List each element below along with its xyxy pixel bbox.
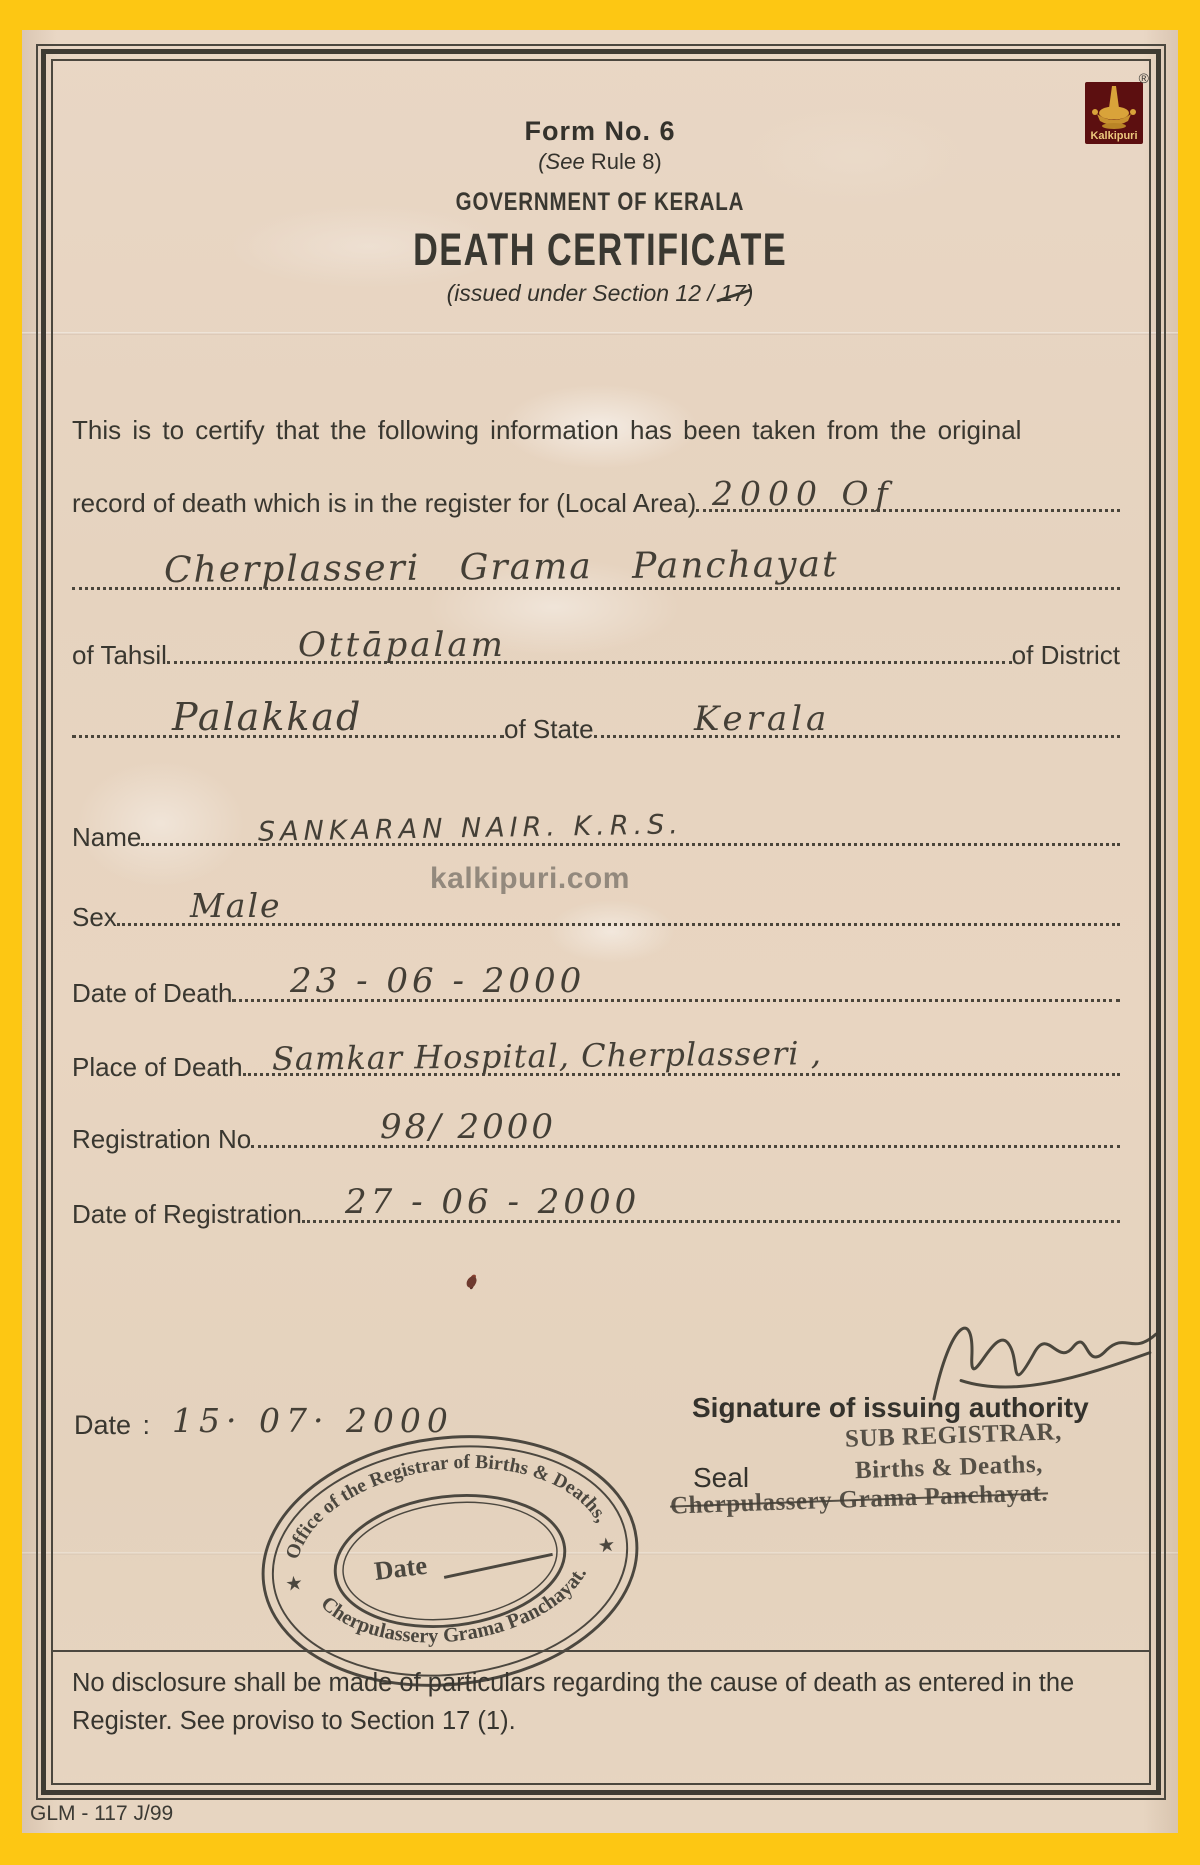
date-of-registration-handwritten: 27 - 06 - 2000 (345, 1185, 640, 1219)
date-of-registration-row: Date of Registration 27 - 06 - 2000 (72, 1181, 1120, 1227)
district-state-row: of State Palakkad Kerala (72, 696, 1120, 742)
registration-no-row: Registration No 98/ 2000 (72, 1106, 1120, 1152)
local-area-handwritten: Cherplasseri Grama Panchayat (164, 547, 839, 589)
registered-trademark-symbol: ® (1139, 70, 1149, 86)
scanned-death-certificate: Kalkipuri ® Form No. 6 (See Rule 8) GOVE… (0, 0, 1200, 1865)
place-of-death-label: Place of Death (72, 1054, 243, 1080)
tahsil-row: of Tahsil of District Ottāpalam (72, 622, 1120, 668)
date-of-death-handwritten: 23 - 06 - 2000 (290, 964, 585, 998)
certificate-title: DEATH CERTIFICATE (22, 224, 1178, 276)
district-handwritten: Palakkad (172, 698, 362, 736)
state-label: of State (504, 716, 594, 742)
date-of-death-row: Date of Death 23 - 06 - 2000 (72, 960, 1120, 1006)
dotted-line (594, 735, 1120, 738)
registration-no-handwritten: 98/ 2000 (380, 1110, 556, 1144)
name-handwritten: SANKARAN NAIR. K.R.S. (258, 811, 683, 845)
seal-label: Seal (693, 1462, 749, 1494)
certificate-paper: Kalkipuri ® Form No. 6 (See Rule 8) GOVE… (22, 30, 1178, 1833)
sex-handwritten: Male (190, 889, 282, 922)
registration-no-label: Registration No (72, 1126, 251, 1152)
local-area-value-row: Cherplasseri Grama Panchayat (72, 548, 1120, 594)
name-row: Name SANKARAN NAIR. K.R.S. (72, 804, 1120, 850)
date-of-death-label: Date of Death (72, 980, 232, 1006)
struck-section-number: 17 (720, 280, 746, 307)
state-handwritten: Kerala (694, 702, 830, 736)
tahsil-handwritten: Ottāpalam (298, 628, 506, 662)
disclaimer-text: No disclosure shall be made of particula… (72, 1664, 1107, 1741)
form-rule-reference: (See Rule 8) (22, 149, 1178, 175)
sex-label: Sex (72, 904, 117, 930)
form-number: Form No. 6 (22, 116, 1178, 147)
local-area-register-row: record of death which is in the register… (72, 470, 1120, 516)
stamp-star-right: ★ (597, 1535, 617, 1558)
certify-statement: This is to certify that the following in… (72, 415, 1021, 446)
disclaimer-separator-line (53, 1650, 1149, 1652)
district-label: of District (1012, 642, 1120, 668)
issue-date-label: Date : (74, 1410, 150, 1441)
stamp-date-label: Date (373, 1550, 429, 1586)
name-label: Name (72, 824, 141, 850)
stamp-date-blank-line (443, 1554, 554, 1577)
issued-under-section: (issued under Section 12 / 17) (22, 280, 1178, 307)
issue-date-handwritten: 15· 07· 2000 (172, 1404, 454, 1437)
date-of-registration-label: Date of Registration (72, 1201, 302, 1227)
sex-row: Sex Male (72, 884, 1120, 930)
place-of-death-handwritten: Samkar Hospital, Cherplasseri , (272, 1037, 822, 1075)
stamp-star-left: ★ (284, 1573, 304, 1596)
form-print-code: GLM - 117 J/99 (30, 1802, 173, 1826)
place-of-death-row: Place of Death Samkar Hospital, Cherplas… (72, 1034, 1120, 1080)
tahsil-label: of Tahsil (72, 642, 167, 668)
register-for-label: record of death which is in the register… (72, 490, 696, 516)
dotted-line (167, 661, 1012, 664)
government-heading: GOVERNMENT OF KERALA (22, 188, 1178, 217)
register-year-handwritten: 2000 Of (712, 477, 895, 510)
